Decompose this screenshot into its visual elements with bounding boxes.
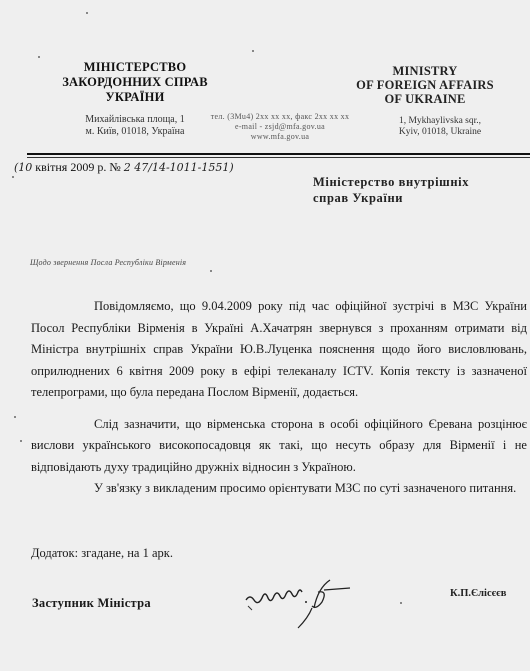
ministry-name-line: MINISTRY [330, 64, 520, 78]
addressee-line: Міністерство внутрішніх [313, 174, 513, 190]
scan-speck [400, 602, 402, 604]
ministry-name-line: OF UKRAINE [330, 92, 520, 106]
scan-speck [12, 176, 14, 178]
scan-speck [252, 50, 254, 52]
address-ukrainian: Михайлівська площа, 1 м. Київ, 01018, Ук… [40, 114, 230, 138]
ministry-name-ukrainian: МІНІСТЕРСТВО ЗАКОРДОННИХ СПРАВ УКРАЇНИ [40, 60, 230, 105]
signer-name: К.П.Єлісєєв [450, 588, 506, 599]
phone-fax-line: тел. (3Mu4) 2xx xx xx, факс 2xx xx xx [205, 112, 355, 122]
reference-date: квітня 2009 р. [35, 160, 106, 174]
addressee: Міністерство внутрішніх справ України [313, 174, 513, 206]
signer-title: Заступник Міністра [32, 596, 151, 611]
handwritten-signature [244, 570, 364, 630]
scan-speck [210, 270, 212, 272]
reference-line: (10 квітня 2009 р. № 2 47/14-1011-1551) [14, 160, 234, 175]
body-paragraph: Слід зазначити, що вірменська сторона в … [31, 414, 527, 479]
ministry-name-line: ЗАКОРДОННИХ СПРАВ [40, 75, 230, 90]
body-paragraph: У зв'язку з викладеним просимо орієнтува… [31, 478, 527, 500]
addressee-line: справ України [313, 190, 513, 206]
address-line: Kyiv, 01018, Ukraine [375, 127, 505, 138]
email-line: e-mail - zsjd@mfa.gov.ua [205, 122, 355, 132]
letter-body: Повідомляємо, що 9.04.2009 року під час … [31, 296, 527, 500]
website-line: www.mfa.gov.ua [205, 132, 355, 142]
letterhead-divider [27, 153, 530, 155]
ministry-name-line: МІНІСТЕРСТВО [40, 60, 230, 75]
ministry-name-line: УКРАЇНИ [40, 90, 230, 105]
scan-speck [86, 12, 88, 14]
attachment-note: Додаток: згадане, на 1 арк. [31, 546, 173, 561]
scan-speck [14, 416, 16, 418]
subject-line: Щодо звернення Посла Республіки Вірменія [30, 258, 186, 267]
address-english: 1, Mykhaylivska sqr., Kyiv, 01018, Ukrai… [375, 116, 505, 138]
reference-number-label: № [109, 160, 120, 174]
handwritten-day: (10 [14, 161, 32, 174]
scan-speck [20, 440, 22, 442]
handwritten-close-paren: ) [229, 161, 233, 174]
ministry-name-line: OF FOREIGN AFFAIRS [330, 78, 520, 92]
body-paragraph: Повідомляємо, що 9.04.2009 року під час … [31, 296, 527, 404]
handwritten-reference-number: 2 47/14-1011-1551 [124, 161, 230, 174]
address-line: 1, Mykhaylivska sqr., [375, 116, 505, 127]
address-line: м. Київ, 01018, Україна [40, 126, 230, 138]
ministry-name-english: MINISTRY OF FOREIGN AFFAIRS OF UKRAINE [330, 64, 520, 106]
letterhead-divider-thin [27, 157, 530, 158]
contact-info: тел. (3Mu4) 2xx xx xx, факс 2xx xx xx e-… [205, 112, 355, 142]
scan-speck [38, 56, 40, 58]
signature-icon [244, 570, 364, 630]
address-line: Михайлівська площа, 1 [40, 114, 230, 126]
